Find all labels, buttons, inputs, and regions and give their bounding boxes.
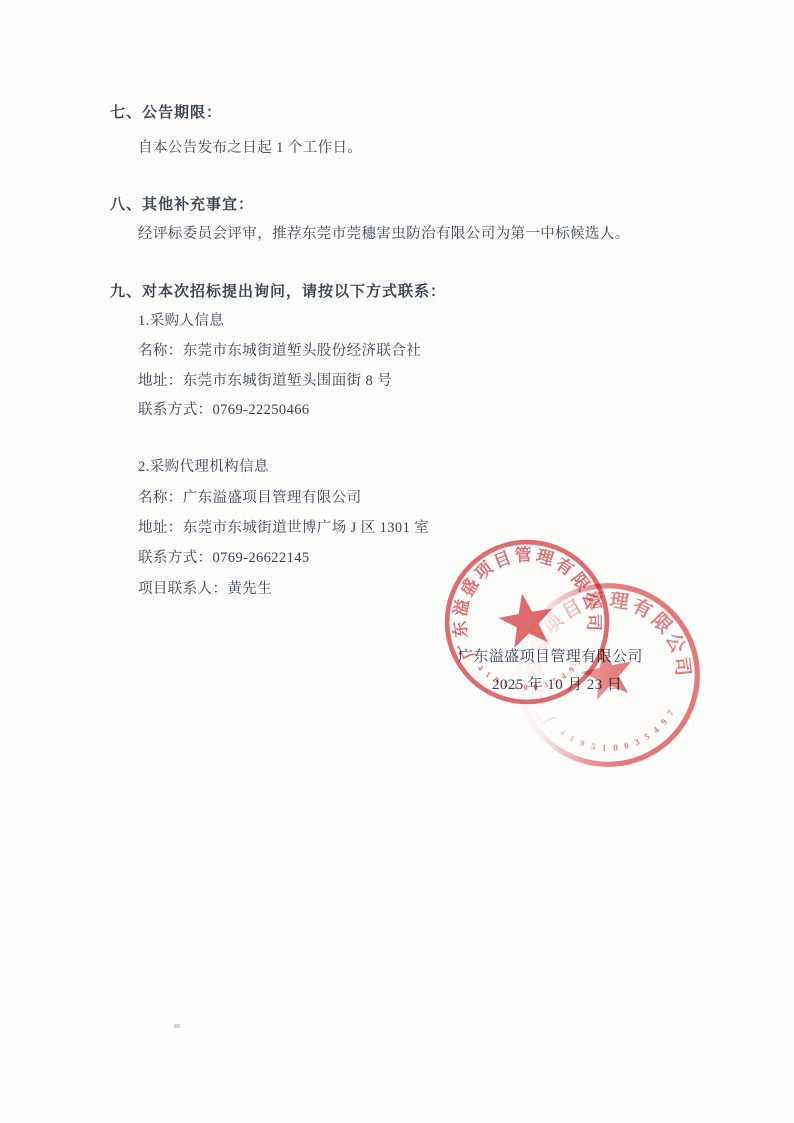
scan-artifact: [174, 1024, 180, 1028]
agency-contact-person: 项目联系人：黄先生: [138, 581, 272, 598]
company-seal-left: 广东溢盛项目管理有限公司 419510035497: [442, 537, 612, 707]
agency-address: 地址：东莞市东城街道世博广场 J 区 1301 室: [138, 520, 429, 537]
seal-star-icon: [495, 589, 558, 650]
section-9-heading: 九、对本次招标提出询问，请按以下方式联系：: [110, 283, 446, 301]
purchaser-address: 地址：东莞市东城街道堑头围面街 8 号: [138, 373, 392, 390]
agency-name: 名称：广东溢盛项目管理有限公司: [138, 490, 362, 507]
agency-title: 2.采购代理机构信息: [138, 459, 269, 476]
purchaser-name: 名称：东莞市东城街道堑头股份经济联合社: [138, 343, 421, 360]
purchaser-phone: 联系方式：0769-22250466: [138, 402, 310, 419]
section-7-body: 自本公告发布之日起 1 个工作日。: [138, 140, 362, 157]
section-7-heading: 七、公告期限：: [110, 104, 222, 122]
scanned-document-page: 七、公告期限： 自本公告发布之日起 1 个工作日。 八、其他补充事宜： 经评标委…: [0, 0, 794, 1123]
agency-phone: 联系方式：0769-26622145: [138, 550, 310, 567]
purchaser-title: 1.采购人信息: [138, 313, 224, 330]
section-8-heading: 八、其他补充事宜：: [110, 196, 254, 214]
section-8-body: 经评标委员会评审，推荐东莞市莞穗害虫防治有限公司为第一中标候选人。: [138, 226, 630, 243]
